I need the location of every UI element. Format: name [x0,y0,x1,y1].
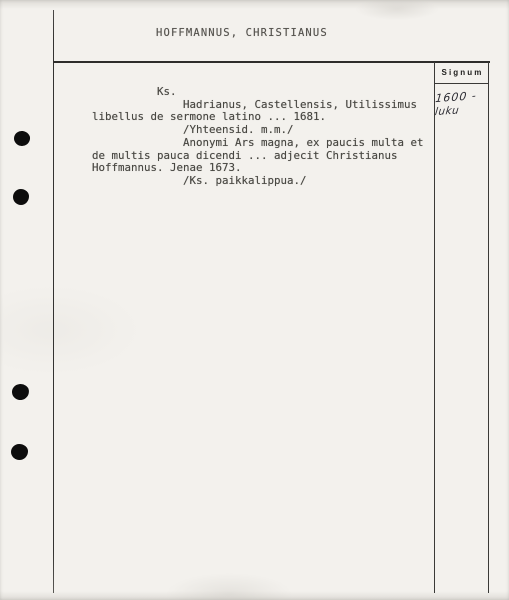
catalog-card-scan: HOFFMANNUS, CHRISTIANUS Signum 1600 - lu… [0,0,509,600]
signum-header-underline [434,83,489,84]
card-left-border-line [53,10,54,593]
signum-column-left-line [434,62,435,593]
signum-column-header: Signum [435,62,488,82]
card-right-border-line [488,62,489,593]
signum-value-line1: 1600 - [435,89,488,104]
punch-hole [13,130,31,147]
card-top-border-line [53,61,491,63]
punch-hole [11,383,30,401]
signum-value-line2: luku [434,104,486,118]
card-heading: HOFFMANNUS, CHRISTIANUS [156,27,328,39]
punch-hole [13,189,29,205]
signum-handwritten-value: 1600 - luku [433,89,487,117]
punch-hole [11,444,28,460]
typed-catalog-entry: Ks. Hadrianus, Castellensis, Utilissimus… [92,86,424,188]
